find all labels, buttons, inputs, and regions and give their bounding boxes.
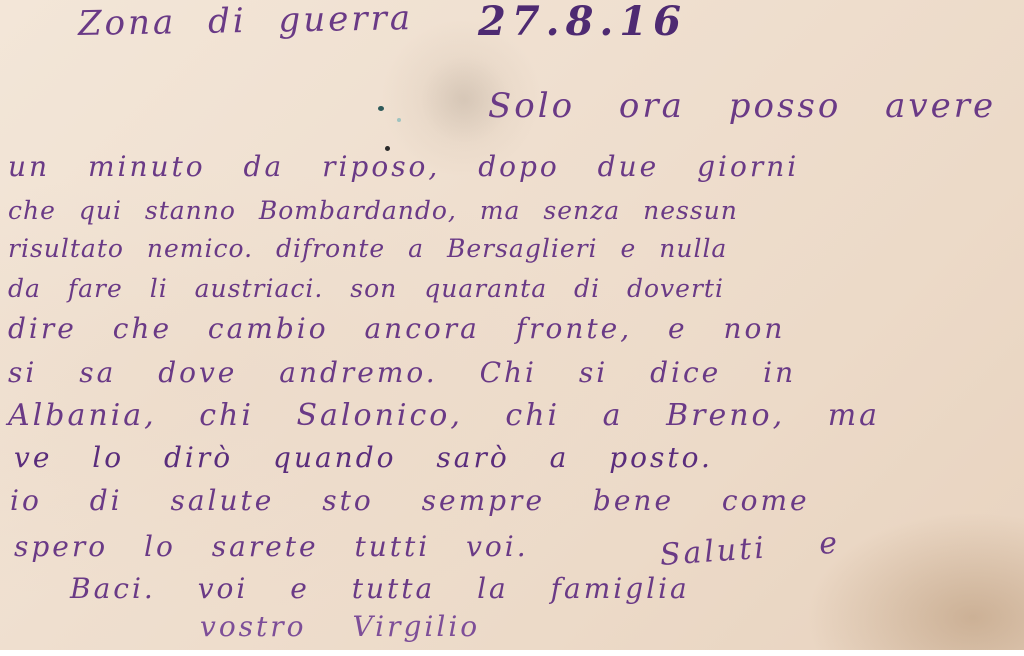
letter-line-12: Baci. voi e tutta la famiglia: [70, 572, 690, 605]
signature: vostro Virgilio: [200, 610, 480, 643]
letter-line-2: un minuto da riposo, dopo due giorni: [8, 150, 799, 183]
header-date: 27.8.16: [478, 0, 687, 45]
scan-edge: [0, 650, 1024, 656]
letter-line-6: dire che cambio ancora fronte, e non: [8, 312, 785, 345]
closing-saluti: Saluti e: [659, 525, 841, 572]
letter-line-11: spero lo sarete tutti voi.: [14, 530, 529, 563]
letter-line-10: io di salute sto sempre bene come: [10, 484, 810, 517]
header-place: Zona di guerra: [78, 0, 414, 44]
letter-line-5: da fare li austriaci. son quaranta di do…: [8, 274, 724, 303]
letter-line-3: che qui stanno Bombardando, ma senza nes…: [8, 196, 738, 225]
letter-line-8: Albania, chi Salonico, chi a Breno, ma: [8, 398, 880, 433]
postcard: Zona di guerra 27.8.16 Solo ora posso av…: [0, 0, 1024, 650]
ink-spot: [378, 106, 384, 111]
letter-line-9: ve lo dirò quando sarò a posto.: [14, 441, 713, 474]
letter-line-4: risultato nemico. difronte a Bersaglieri…: [8, 234, 727, 263]
letter-line-1: Solo ora posso avere: [488, 86, 996, 126]
letter-line-7: si sa dove andremo. Chi si dice in: [8, 356, 796, 389]
ink-spot: [397, 118, 401, 122]
